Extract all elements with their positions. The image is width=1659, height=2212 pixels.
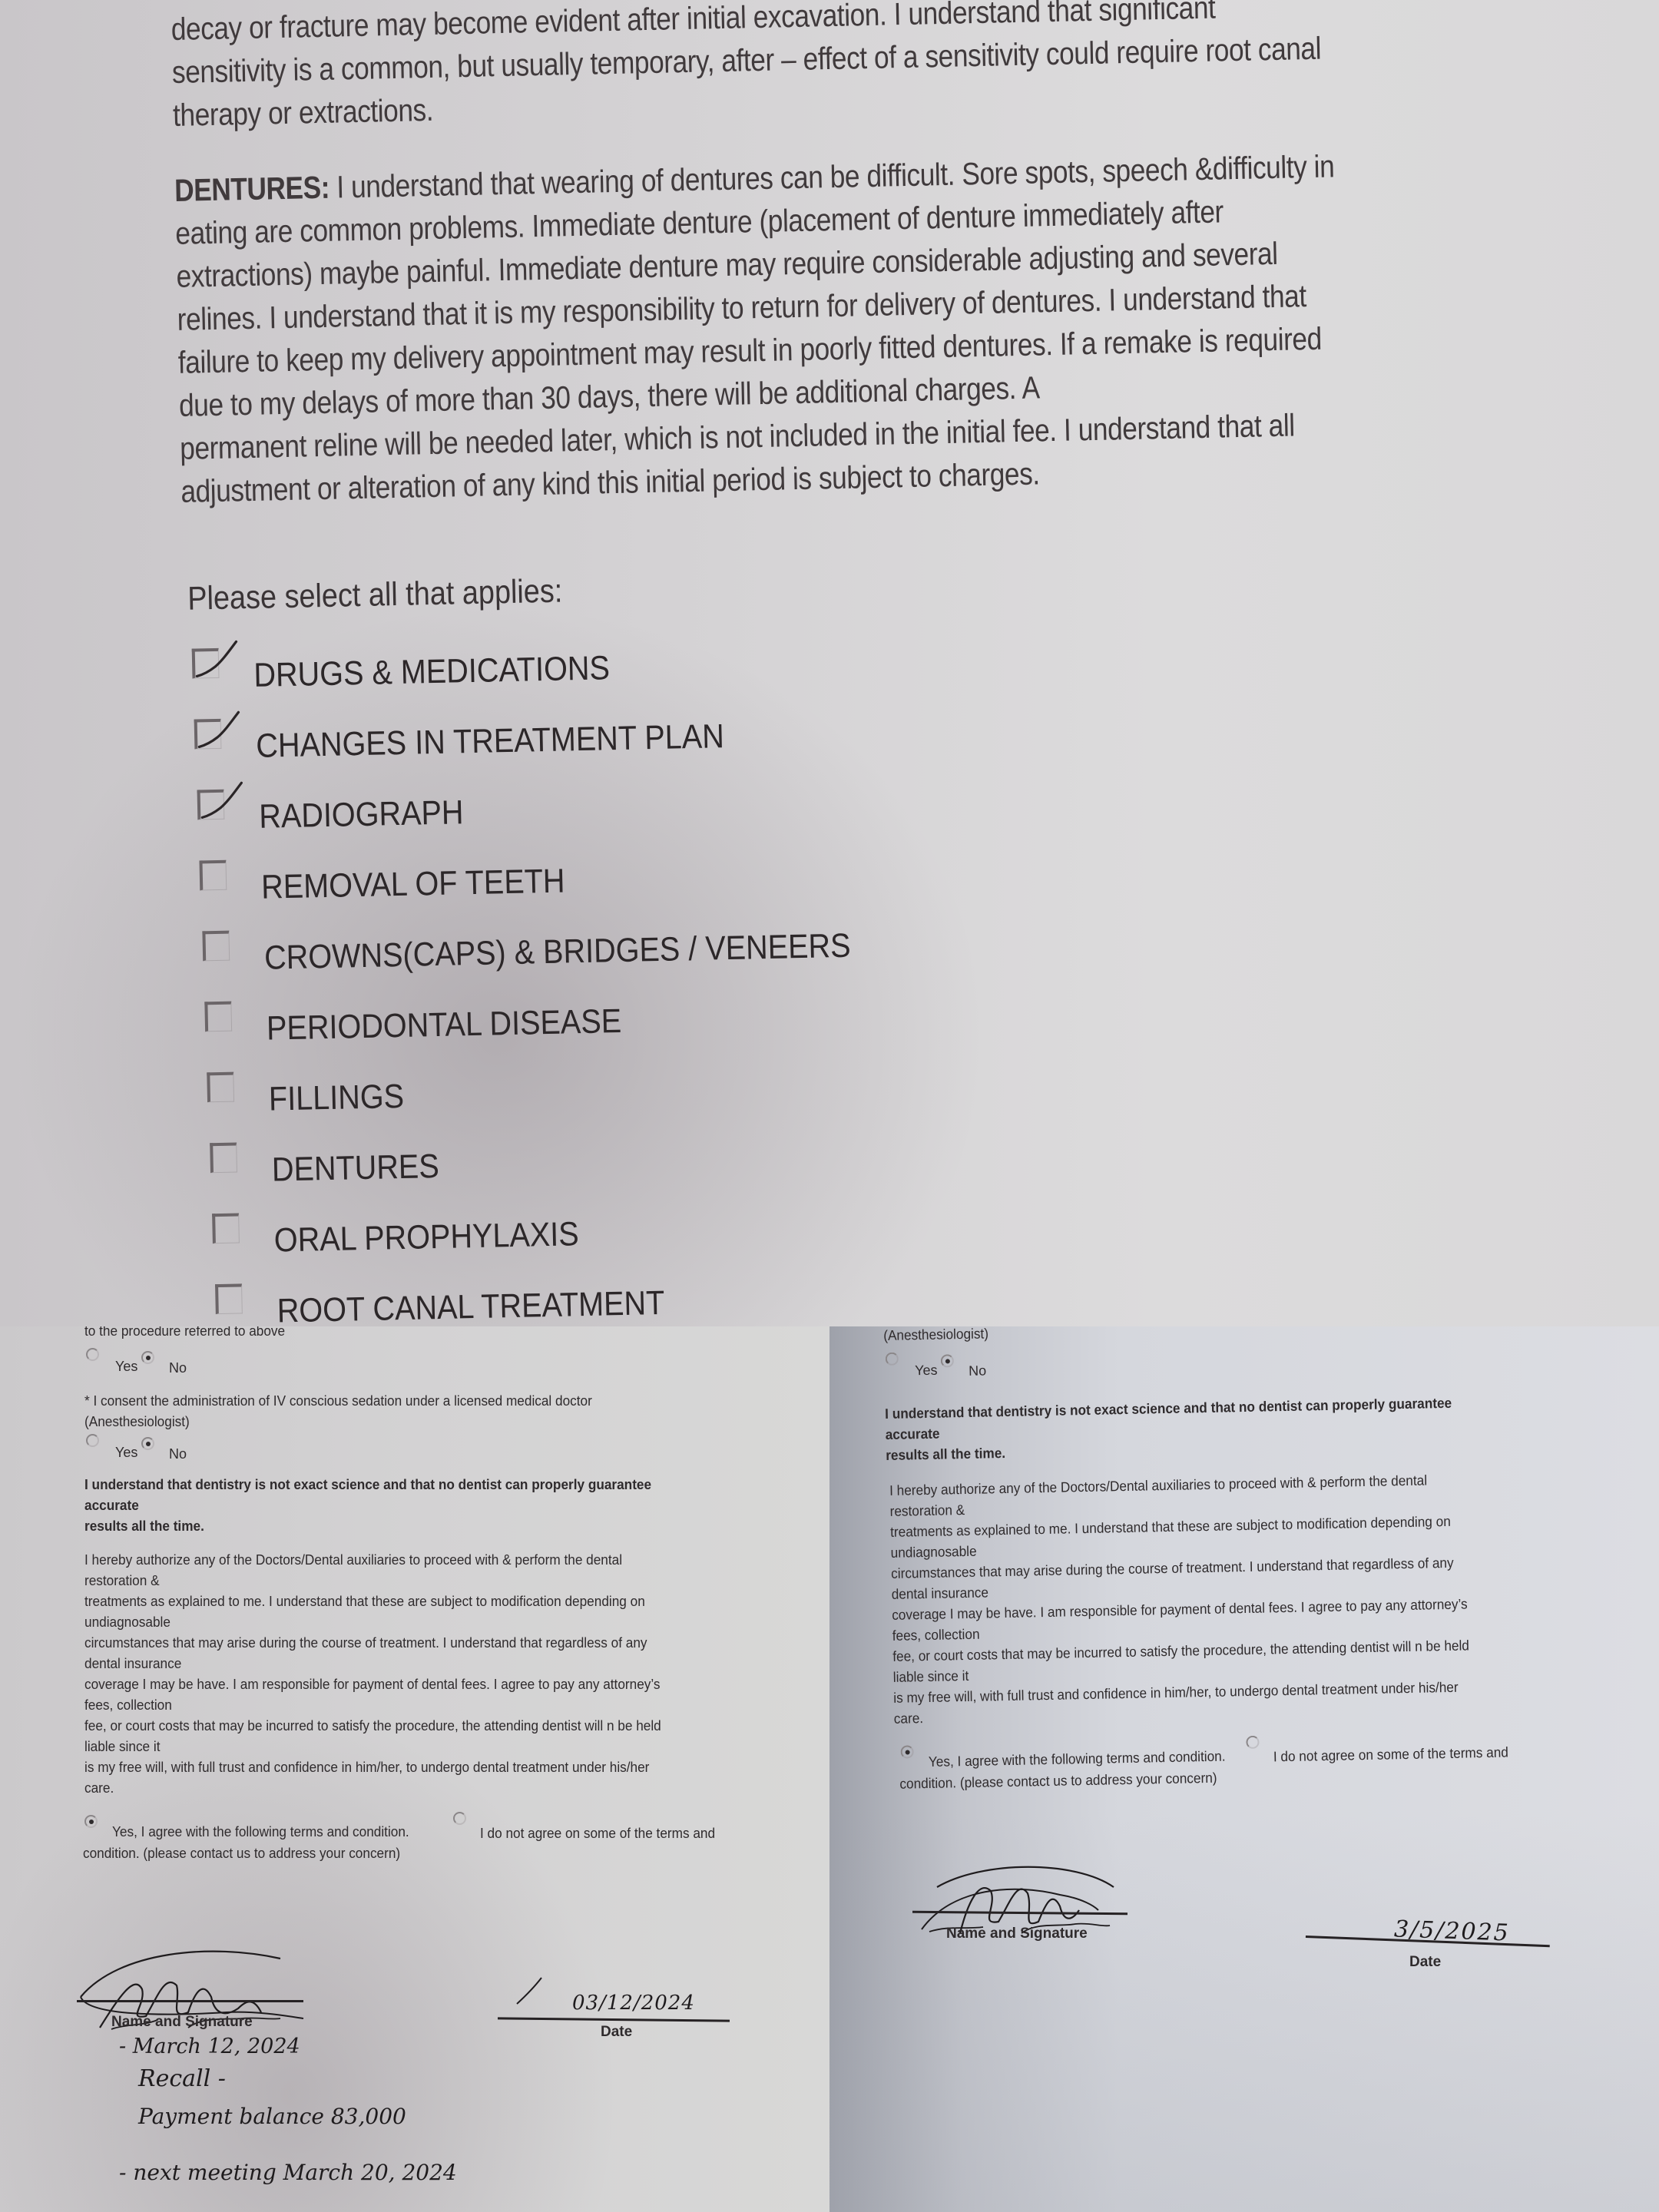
disagree-radio[interactable] xyxy=(453,1812,466,1825)
treatment-option-label: CHANGES IN TREATMENT PLAN xyxy=(256,717,724,766)
sedation-consent-yes-radio[interactable] xyxy=(886,1353,899,1366)
authorization-paragraph: I hereby authorize any of the Doctors/De… xyxy=(889,1465,1631,1728)
text-line: undiagnosable xyxy=(84,1611,770,1632)
handwritten-note: Payment balance 83,000 xyxy=(138,2104,406,2129)
date-caption: Date xyxy=(1409,1954,1441,1971)
handwritten-note: Recall - xyxy=(138,2065,226,2092)
agree-radio[interactable] xyxy=(84,1815,98,1828)
sedation-consent-no-label: No xyxy=(169,1446,187,1462)
text-line: fees, collection xyxy=(84,1694,770,1715)
disagree-label: I do not agree on some of the terms and xyxy=(480,1823,715,1843)
treatment-option-label: ORAL PROPHYLAXIS xyxy=(274,1215,580,1260)
agree-radio[interactable] xyxy=(900,1745,913,1758)
consent-form-page-top: avoid breakage. I understand decay or fr… xyxy=(0,0,1659,1326)
checkbox[interactable] xyxy=(202,931,230,962)
text-line: is my free will, with full trust and con… xyxy=(84,1757,770,1777)
checkbox[interactable] xyxy=(197,790,224,820)
sedation-consent-yes-radio[interactable] xyxy=(86,1434,99,1447)
text-line: I hereby authorize any of the Doctors/De… xyxy=(84,1549,770,1570)
procedure-consent-yes-radio[interactable] xyxy=(86,1348,99,1361)
checkbox[interactable] xyxy=(215,1283,243,1314)
sedation-consent-no-label: No xyxy=(969,1363,986,1379)
checkmark-icon xyxy=(197,777,243,823)
procedure-consent-radio-group: Yes No xyxy=(86,1348,316,1379)
treatment-option-label: ROOT CANAL TREATMENT xyxy=(276,1284,665,1326)
text-line: circumstances that may arise during the … xyxy=(84,1632,770,1653)
signature-caption: Name and Signature xyxy=(111,2014,253,2031)
procedure-consent-no-label: No xyxy=(169,1360,187,1376)
procedure-consent-yes-label: Yes xyxy=(115,1359,137,1375)
dentures-paragraph: DENTURES: I understand that wearing of d… xyxy=(174,140,1581,513)
handwritten-note: - next meeting March 20, 2024 xyxy=(119,2160,457,2185)
text-line: dental insurance xyxy=(84,1653,770,1674)
sedation-consent-radio-group: Yes No xyxy=(86,1434,316,1465)
treatment-option-label: PERIODONTAL DISEASE xyxy=(267,1002,622,1048)
disagree-label: I do not agree on some of the terms and xyxy=(1273,1741,1509,1767)
treatment-option-label: DRUGS & MEDICATIONS xyxy=(253,649,610,695)
authorization-paragraph: I hereby authorize any of the Doctors/De… xyxy=(84,1549,822,1798)
checkbox[interactable] xyxy=(210,1143,237,1174)
checkbox[interactable] xyxy=(207,1072,235,1103)
date-line xyxy=(498,2017,730,2022)
text-line: coverage I may be have. I am responsible… xyxy=(84,1674,770,1694)
text-line: restoration & xyxy=(84,1570,770,1591)
signature-caption: Name and Signature xyxy=(946,1926,1088,1942)
treatment-checklist: DRUGS & MEDICATIONSCHANGES IN TREATMENT … xyxy=(192,629,1128,1326)
checkbox[interactable] xyxy=(200,860,227,891)
treatment-option-label: REMOVAL OF TEETH xyxy=(261,862,565,906)
sedation-consent-line-2: (Anesthesiologist) xyxy=(84,1411,770,1432)
handwritten-note: - March 12, 2024 xyxy=(119,2035,300,2058)
consent-form-page-right: (Anesthesiologist) Yes No I understand t… xyxy=(829,1326,1659,2212)
checkbox[interactable] xyxy=(212,1213,240,1243)
consent-form-page-left: to the procedure referred to above Yes N… xyxy=(0,1326,829,2212)
checkbox[interactable] xyxy=(194,719,222,750)
disagree-radio[interactable] xyxy=(1246,1736,1259,1749)
handwritten-date: 3/5/2025 xyxy=(1393,1916,1510,1946)
sedation-consent-line-2: (Anesthesiologist) xyxy=(883,1326,1569,1346)
handwritten-date: 03/12/2024 xyxy=(572,1992,695,2015)
date-tick-mark xyxy=(511,1976,557,2007)
signature-line xyxy=(77,2000,303,2002)
text-line: results all the time. xyxy=(84,1515,770,1536)
sedation-consent-yes-label: Yes xyxy=(915,1363,938,1379)
text-line: fee, or court costs that may be incurred… xyxy=(84,1715,770,1736)
checkbox[interactable] xyxy=(204,1002,232,1032)
treatment-option-label: CROWNS(CAPS) & BRIDGES / VENEERS xyxy=(263,927,850,978)
treatment-option-label: DENTURES xyxy=(271,1147,439,1190)
procedure-line: to the procedure referred to above xyxy=(84,1326,770,1341)
procedure-consent-no-radio[interactable] xyxy=(141,1351,154,1364)
agree-label: Yes, I agree with the following terms an… xyxy=(112,1821,409,1842)
sedation-consent-no-radio[interactable] xyxy=(141,1437,154,1450)
treatment-option-label: RADIOGRAPH xyxy=(259,793,464,836)
disagree-label-cont: condition. (please contact us to address… xyxy=(83,1843,400,1863)
select-prompt: Please select all that applies: xyxy=(187,572,563,618)
treatment-option-label: FILLINGS xyxy=(269,1078,405,1119)
sedation-consent-no-radio[interactable] xyxy=(941,1354,954,1367)
text-line: I understand that dentistry is not exact… xyxy=(84,1474,770,1495)
dentistry-disclaimer: I understand that dentistry is not exact… xyxy=(84,1474,822,1536)
date-caption: Date xyxy=(601,2024,632,2041)
agreement-radio-group: Yes, I agree with the following terms an… xyxy=(900,1731,1638,1799)
checkmark-icon xyxy=(194,706,241,753)
dentistry-disclaimer: I understand that dentistry is not exact… xyxy=(885,1389,1623,1465)
dentures-heading: DENTURES: xyxy=(174,170,330,208)
sensitivity-paragraph: avoid breakage. I understand decay or fr… xyxy=(171,0,1574,137)
checkmark-icon xyxy=(191,635,238,682)
sedation-consent-radio-group: Yes No xyxy=(886,1348,1117,1383)
checkbox[interactable] xyxy=(192,648,220,679)
text-line: care. xyxy=(84,1777,770,1798)
text-line: accurate xyxy=(84,1495,770,1515)
text-line: liable since it xyxy=(84,1736,770,1757)
agreement-radio-group: Yes, I agree with the following terms an… xyxy=(84,1815,822,1869)
text-line: treatments as explained to me. I underst… xyxy=(84,1591,770,1611)
sedation-consent-line: * I consent the administration of IV con… xyxy=(84,1390,770,1411)
sedation-consent-yes-label: Yes xyxy=(115,1445,137,1461)
